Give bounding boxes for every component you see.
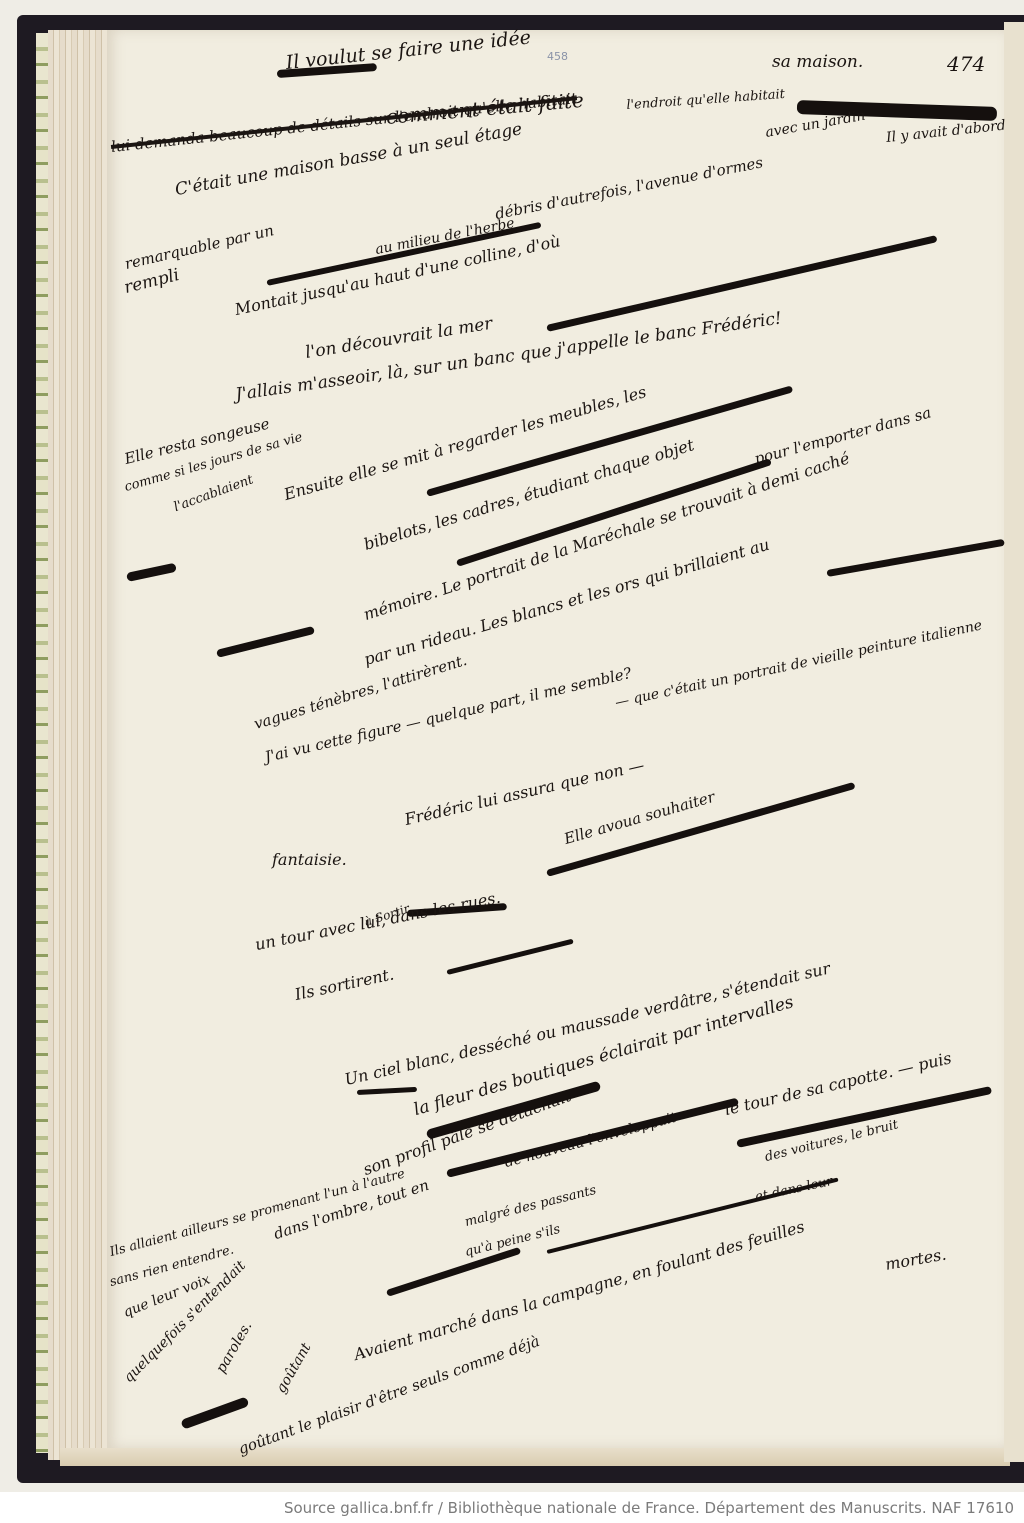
manuscript-line: sa maison. [772, 52, 863, 72]
footer-bar: Source gallica.bnf.fr / Bibliothèque nat… [0, 1492, 1024, 1523]
manuscript-line: fantaisie. [272, 850, 347, 869]
source-credit: Source gallica.bnf.fr / Bibliothèque nat… [284, 1499, 1014, 1517]
manuscript-line: débris d'autrefois, l'avenue d'ormes [494, 153, 765, 223]
ink-cancellation [357, 1087, 417, 1095]
manuscript-line: Elle avoua souhaiter [562, 788, 717, 848]
manuscript-page: 458 474 Il voulut se faire une idée comm… [107, 30, 1004, 1448]
page-bottom-edge [60, 1448, 1010, 1466]
ink-cancellation [180, 1396, 249, 1429]
manuscript-line: Il y avait d'abord [885, 118, 1006, 146]
manuscript-line: l'endroit qu'elle habitait [626, 87, 785, 113]
ink-cancellation [826, 539, 1004, 577]
manuscript-line: mortes. [884, 1245, 948, 1274]
manuscript-line: — que c'était un portrait de vieille pei… [614, 617, 984, 711]
ink-cancellation [126, 563, 177, 582]
ink-cancellation [446, 939, 573, 975]
manuscript-line: remarquable par un [123, 221, 276, 273]
ink-cancellation [446, 1098, 739, 1178]
margin-note: paroles. [213, 1319, 255, 1376]
margin-note: goûtant [273, 1340, 314, 1396]
ink-cancellation [386, 1247, 521, 1297]
margin-note: l'accablaient [172, 472, 256, 515]
manuscript-line: J'ai vu cette figure — quelque part, il … [263, 664, 633, 766]
manuscript-line: Ils sortirent. [293, 964, 395, 1004]
manuscript-line: malgré des passants [463, 1183, 597, 1230]
facing-page-edge [1004, 22, 1024, 1462]
folio-number: 474 [947, 52, 985, 76]
manuscript-line: Avaient marché dans la campagne, en foul… [352, 1217, 807, 1364]
pencil-page-number: 458 [547, 50, 568, 63]
ink-cancellation [216, 626, 315, 658]
